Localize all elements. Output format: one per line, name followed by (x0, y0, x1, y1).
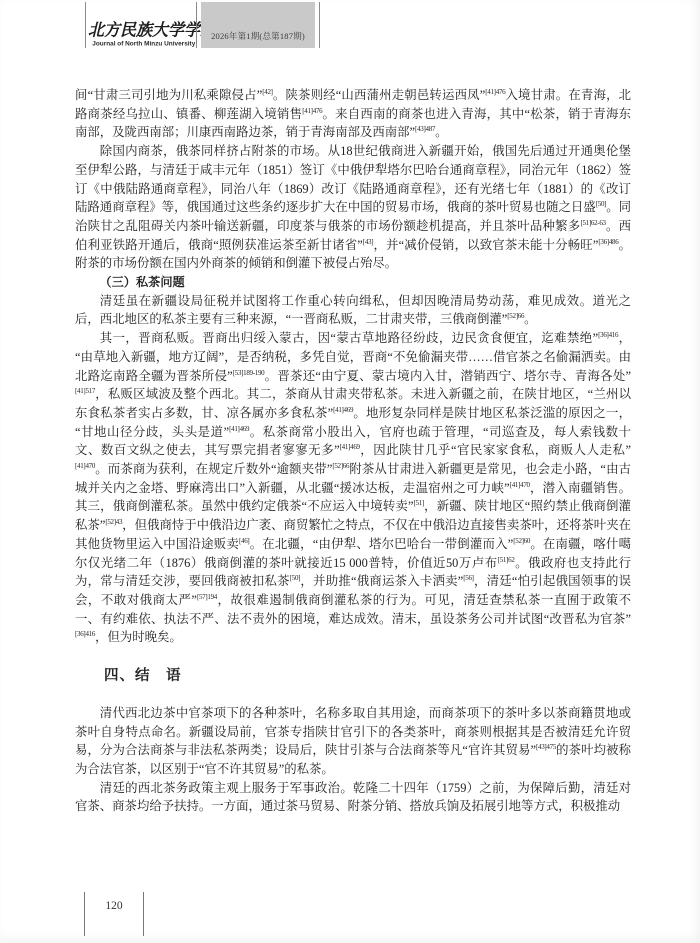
citation-superscript: [41]469 (340, 443, 360, 451)
citation-superscript: [53]189-190 (233, 368, 265, 376)
issue-info-box: 2026年第1期(总第187期) (201, 2, 315, 48)
paragraph-russian-tea: 除国内商茶，俄茶同样挤占附茶的市场。从18世纪俄商进入新疆开始，俄国先后通过开通… (75, 142, 631, 273)
citation-superscript: [41]476 (302, 107, 322, 115)
citation-superscript: [52]66 (507, 312, 524, 320)
paragraph-conclusion-2: 清廷的西北茶务政策主观上服务于军事政治。乾隆二十四年（1759）之前，为保障后勤… (75, 779, 631, 816)
citation-superscript: [36]486 (598, 238, 618, 246)
journal-name-en: Journal of North Minzu University (92, 41, 190, 47)
citation-superscript: [42] (262, 88, 272, 96)
issue-info: 2026年第1期(总第187期) (211, 30, 305, 42)
journal-page: 北方民族大学学报 Journal of North Minzu Universi… (0, 0, 700, 943)
citation-superscript: [41]476 (485, 88, 505, 96)
citation-superscript: [51]62-63 (580, 219, 605, 227)
citation-superscript: [41]470 (510, 481, 530, 489)
page-number-rule-right (143, 892, 144, 936)
citation-superscript: [36]416 (598, 331, 618, 339)
journal-name-cn: 北方民族大学学报 (88, 16, 194, 40)
journal-logo: 北方民族大学学报 Journal of North Minzu Universi… (88, 0, 194, 48)
citation-superscript: [46] (239, 537, 249, 545)
citation-superscript: [51]62 (498, 555, 515, 563)
page-footer: 120 (84, 892, 144, 936)
citation-superscript: [52]43 (105, 518, 122, 526)
subsection-heading-private-tea: （三）私茶问题 (75, 273, 631, 292)
citation-superscript: [50] (290, 574, 300, 582)
paragraph-private-tea-sources: 清廷虽在新疆设局征税并试图将工作重心转向缉私，但却因晚清局势动荡，难见成效。道光… (75, 292, 631, 329)
article-body: 间“甘肃三司引地为川私乘隙侵占”[42]。陕茶则经“山西蒲州走朝邑转运西凤”[4… (75, 86, 631, 816)
citation-superscript: [50] (596, 200, 606, 208)
citation-superscript: [41]469 (333, 406, 353, 414)
page-header: 北方民族大学学报 Journal of North Minzu Universi… (0, 0, 700, 48)
paragraph-conclusion-1: 清代西北边茶中官茶项下的各种茶叶，名称多取自其用途，而商茶项下的茶叶多以茶商籍贯… (75, 704, 631, 779)
header-divider-right (319, 2, 320, 48)
citation-superscript: [41]517 (75, 387, 95, 395)
citation-superscript: [51] (413, 499, 423, 507)
page-number: 120 (85, 892, 143, 912)
paragraph-continuation: 间“甘肃三司引地为川私乘隙侵占”[42]。陕茶则经“山西蒲州走朝邑转运西凤”[4… (75, 86, 631, 142)
citation-superscript: [41]470 (75, 462, 95, 470)
header-divider-middle (196, 2, 197, 48)
citation-superscript: [43] (363, 238, 373, 246)
citation-superscript: [43]487 (415, 125, 435, 133)
citation-superscript: [52]60 (513, 537, 530, 545)
citation-superscript: [43]475 (536, 743, 556, 751)
citation-superscript: [56] (463, 574, 473, 582)
citation-superscript: [36]416 (75, 630, 95, 638)
citation-superscript: [57]194 (197, 593, 217, 601)
header-divider-left (85, 2, 86, 48)
citation-superscript: [41]469 (229, 425, 249, 433)
section-heading-conclusion: 四、结 语 (104, 667, 631, 686)
paragraph-private-tea-detail: 其一，晋商私贩。晋商出归绥入蒙古，因“蒙古草地路径纷歧，边民贪食便宜，迄难禁绝”… (75, 329, 631, 647)
citation-superscript: [52]66 (332, 462, 349, 470)
